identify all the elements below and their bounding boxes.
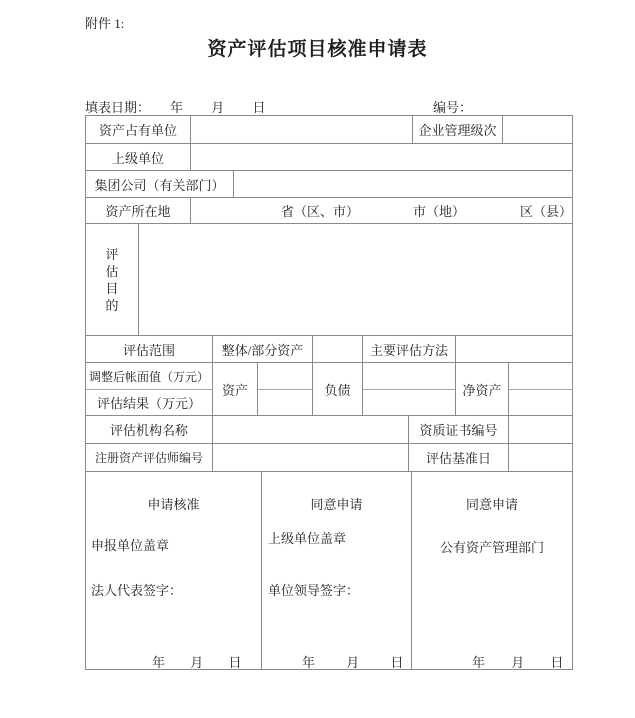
superior-heading: 同意申请 [262, 494, 411, 513]
superior-date-ymd: 年 月 日 [302, 652, 404, 669]
adjusted-book-value-label: 调整后帐面值（万元） [86, 363, 212, 390]
table-row: 评估机构名称 资质证书编号 [86, 416, 572, 444]
liabilities-result-field [363, 390, 455, 415]
authority-approval-column: 同意申请 公有资产管理部门 年 月 日 [412, 472, 572, 669]
whole-partial-label: 整体/部分资产 [213, 336, 313, 362]
application-table: 资产占有单位 企业管理级次 上级单位 集团公司（有关部门） 资产所在地 省（区、… [85, 115, 573, 670]
applicant-date-ymd: 年 月 日 [152, 652, 242, 669]
main-method-label: 主要评估方法 [363, 336, 456, 362]
liabilities-label: 负债 [313, 363, 363, 415]
management-level-label: 企业管理级次 [413, 116, 503, 143]
day-label: 日 [253, 100, 266, 115]
year-label: 年 [472, 655, 485, 669]
superior-approval-column: 同意申请 上级单位盖章 单位领导签字： 年 月 日 [262, 472, 412, 669]
superior-seal-label: 上级单位盖章 [268, 528, 346, 547]
superior-sign-label: 单位领导签字： [268, 580, 359, 599]
day-label: 日 [551, 655, 564, 669]
table-row: 评估范围 整体/部分资产 主要评估方法 [86, 336, 572, 363]
asset-holder-field [191, 116, 413, 143]
form-title: 资产评估项目核准申请表 [0, 34, 635, 61]
superior-unit-field [191, 144, 572, 170]
applicant-sign-label: 法人代表签字： [91, 580, 182, 599]
group-company-field [234, 171, 572, 197]
value-row-labels: 调整后帐面值（万元） 评估结果（万元） [86, 363, 212, 415]
net-assets-result-field [509, 390, 572, 415]
assets-result-field [258, 390, 312, 415]
table-row: 评估目的 [86, 224, 572, 336]
month-label: 月 [346, 655, 359, 669]
authority-heading: 同意申请 [412, 494, 572, 513]
city-label: 市（地） [413, 201, 465, 220]
net-assets-book-value-field [509, 363, 572, 390]
superior-unit-label: 上级单位 [86, 144, 191, 170]
liabilities-fields [363, 363, 455, 415]
year-label: 年 [152, 655, 165, 669]
assets-label: 资产 [213, 363, 258, 415]
agency-name-field [213, 416, 409, 443]
net-assets-fields [509, 363, 572, 415]
fill-date-ymd: 年 月 日 [170, 97, 266, 116]
purpose-field [139, 224, 572, 335]
authority-dept-label: 公有资产管理部门 [412, 537, 572, 556]
applicant-approval-column: 申请核准 申报单位盖章 法人代表签字： 年 月 日 [86, 472, 262, 669]
assets-book-value-field [258, 363, 312, 390]
year-label: 年 [170, 100, 183, 115]
day-label: 日 [229, 655, 242, 669]
fill-date-label: 填表日期： [85, 97, 150, 116]
asset-location-label: 资产所在地 [86, 198, 191, 223]
whole-partial-field [313, 336, 363, 362]
assets-fields [258, 363, 312, 415]
main-method-field [456, 336, 572, 362]
scope-label: 评估范围 [86, 336, 213, 362]
province-label: 省（区、市） [281, 201, 359, 220]
liabilities-book-value-field [363, 363, 455, 390]
table-row: 资产所在地 省（区、市） 市（地） 区（县） [86, 198, 572, 224]
table-row: 资产占有单位 企业管理级次 [86, 116, 572, 144]
fill-date-line: 填表日期： 年 月 日 编号： [85, 97, 573, 114]
application-form-page: 附件 1: 资产评估项目核准申请表 填表日期： 年 月 日 编号： 资产占有单位… [0, 0, 635, 718]
management-level-field [503, 116, 572, 143]
appraiser-no-field [213, 444, 409, 471]
base-date-field [509, 444, 572, 471]
day-label: 日 [391, 655, 404, 669]
month-label: 月 [511, 655, 524, 669]
attachment-label: 附件 1: [85, 13, 124, 32]
applicant-heading: 申请核准 [86, 494, 261, 513]
asset-holder-label: 资产占有单位 [86, 116, 191, 143]
agency-name-label: 评估机构名称 [86, 416, 213, 443]
table-row: 注册资产评估师编号 评估基准日 [86, 444, 572, 472]
base-date-label: 评估基准日 [409, 444, 509, 471]
appraiser-no-label: 注册资产评估师编号 [86, 444, 213, 471]
group-company-label: 集团公司（有关部门） [86, 171, 234, 197]
authority-date-ymd: 年 月 日 [472, 652, 564, 669]
table-row: 集团公司（有关部门） [86, 171, 572, 198]
result-label: 评估结果（万元） [86, 390, 212, 415]
month-label: 月 [190, 655, 203, 669]
approval-row: 申请核准 申报单位盖章 法人代表签字： 年 月 日 同意申请 上级单位盖章 单位… [86, 472, 572, 669]
cert-no-field [509, 416, 572, 443]
serial-number-label: 编号： [433, 97, 472, 116]
asset-location-field: 省（区、市） 市（地） 区（县） [191, 198, 572, 223]
table-row: 调整后帐面值（万元） 评估结果（万元） 资产 负债 净资产 [86, 363, 572, 416]
purpose-label: 评估目的 [105, 246, 119, 314]
purpose-label-cell: 评估目的 [86, 224, 139, 335]
month-label: 月 [211, 100, 224, 115]
year-label: 年 [302, 655, 315, 669]
applicant-seal-label: 申报单位盖章 [91, 535, 169, 554]
county-label: 区（县） [520, 201, 572, 220]
cert-no-label: 资质证书编号 [409, 416, 509, 443]
table-row: 上级单位 [86, 144, 572, 171]
net-assets-label: 净资产 [456, 363, 509, 415]
